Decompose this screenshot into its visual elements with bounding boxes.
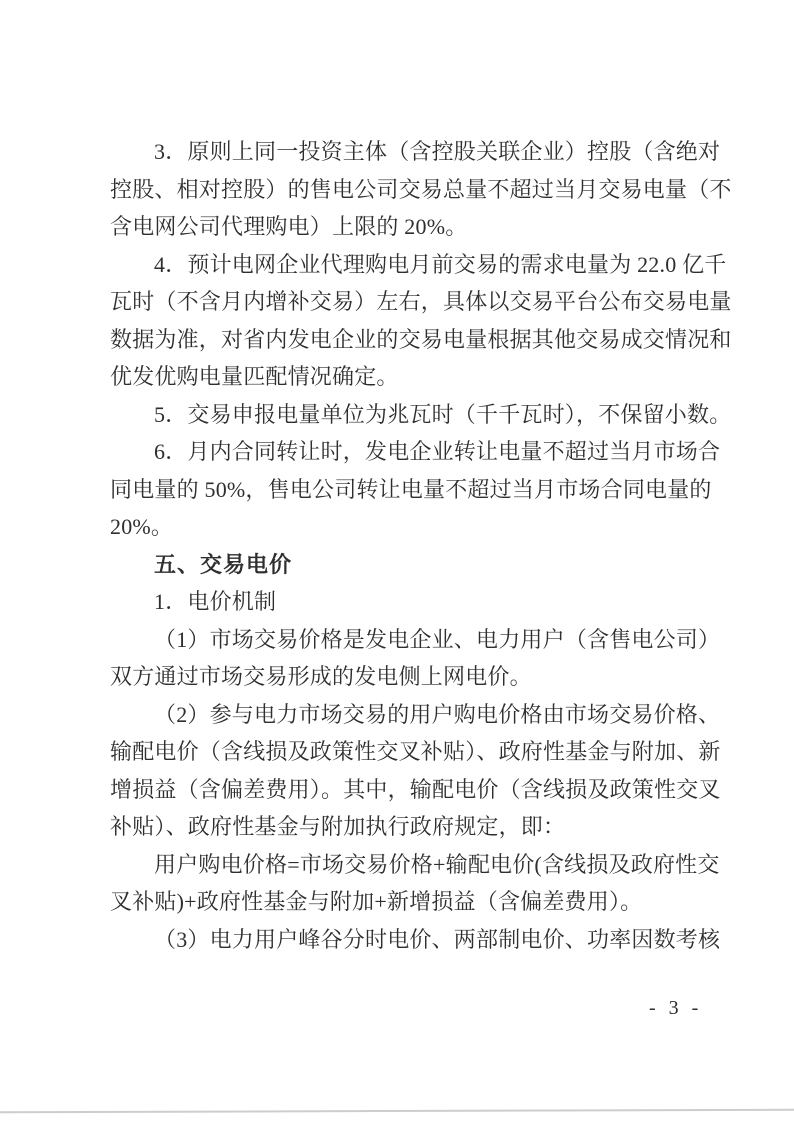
text-line: 用户购电价格=市场交易价格+输配电价(含线损及政府性交 (110, 846, 735, 884)
text-line: 补贴）、政府性基金与附加执行政府规定，即： (110, 808, 735, 846)
text-line: （1）市场交易价格是发电企业、电力用户（含售电公司） (110, 621, 735, 659)
text-line: 1．电价机制 (110, 583, 735, 621)
scan-artifact-line (0, 1109, 794, 1113)
text-line: （2）参与电力市场交易的用户购电价格由市场交易价格、 (110, 696, 735, 734)
text-line: 双方通过市场交易形成的发电侧上网电价。 (110, 658, 735, 696)
text-line: 6．月内合同转让时，发电企业转让电量不超过当月市场合 (110, 433, 735, 471)
text-line: 3．原则上同一投资主体（含控股关联企业）控股（含绝对 (110, 133, 735, 171)
text-line: 5．交易申报电量单位为兆瓦时（千千瓦时），不保留小数。 (110, 396, 735, 434)
text-line: 4．预计电网企业代理购电月前交易的需求电量为 22.0 亿千 (110, 246, 735, 284)
text-line: 叉补贴)+政府性基金与附加+新增损益（含偏差费用）。 (110, 883, 735, 921)
text-line: 20%。 (110, 508, 735, 546)
text-line: 含电网公司代理购电）上限的 20%。 (110, 208, 735, 246)
document-body: 3．原则上同一投资主体（含控股关联企业）控股（含绝对控股、相对控股）的售电公司交… (110, 133, 735, 958)
text-line: 同电量的 50%，售电公司转让电量不超过当月市场合同电量的 (110, 471, 735, 509)
document-page: 3．原则上同一投资主体（含控股关联企业）控股（含绝对控股、相对控股）的售电公司交… (0, 0, 794, 1123)
text-line: 控股、相对控股）的售电公司交易总量不超过当月交易电量（不 (110, 171, 735, 209)
section-heading: 五、交易电价 (110, 546, 735, 584)
text-line: （3）电力用户峰谷分时电价、两部制电价、功率因数考核 (110, 921, 735, 959)
text-line: 瓦时（不含月内增补交易）左右，具体以交易平台公布交易电量 (110, 283, 735, 321)
text-line: 增损益（含偏差费用）。其中，输配电价（含线损及政策性交叉 (110, 771, 735, 809)
page-number: - 3 - (649, 997, 702, 1020)
text-line: 优发优购电量匹配情况确定。 (110, 358, 735, 396)
text-line: 数据为准，对省内发电企业的交易电量根据其他交易成交情况和 (110, 321, 735, 359)
text-line: 输配电价（含线损及政策性交叉补贴）、政府性基金与附加、新 (110, 733, 735, 771)
